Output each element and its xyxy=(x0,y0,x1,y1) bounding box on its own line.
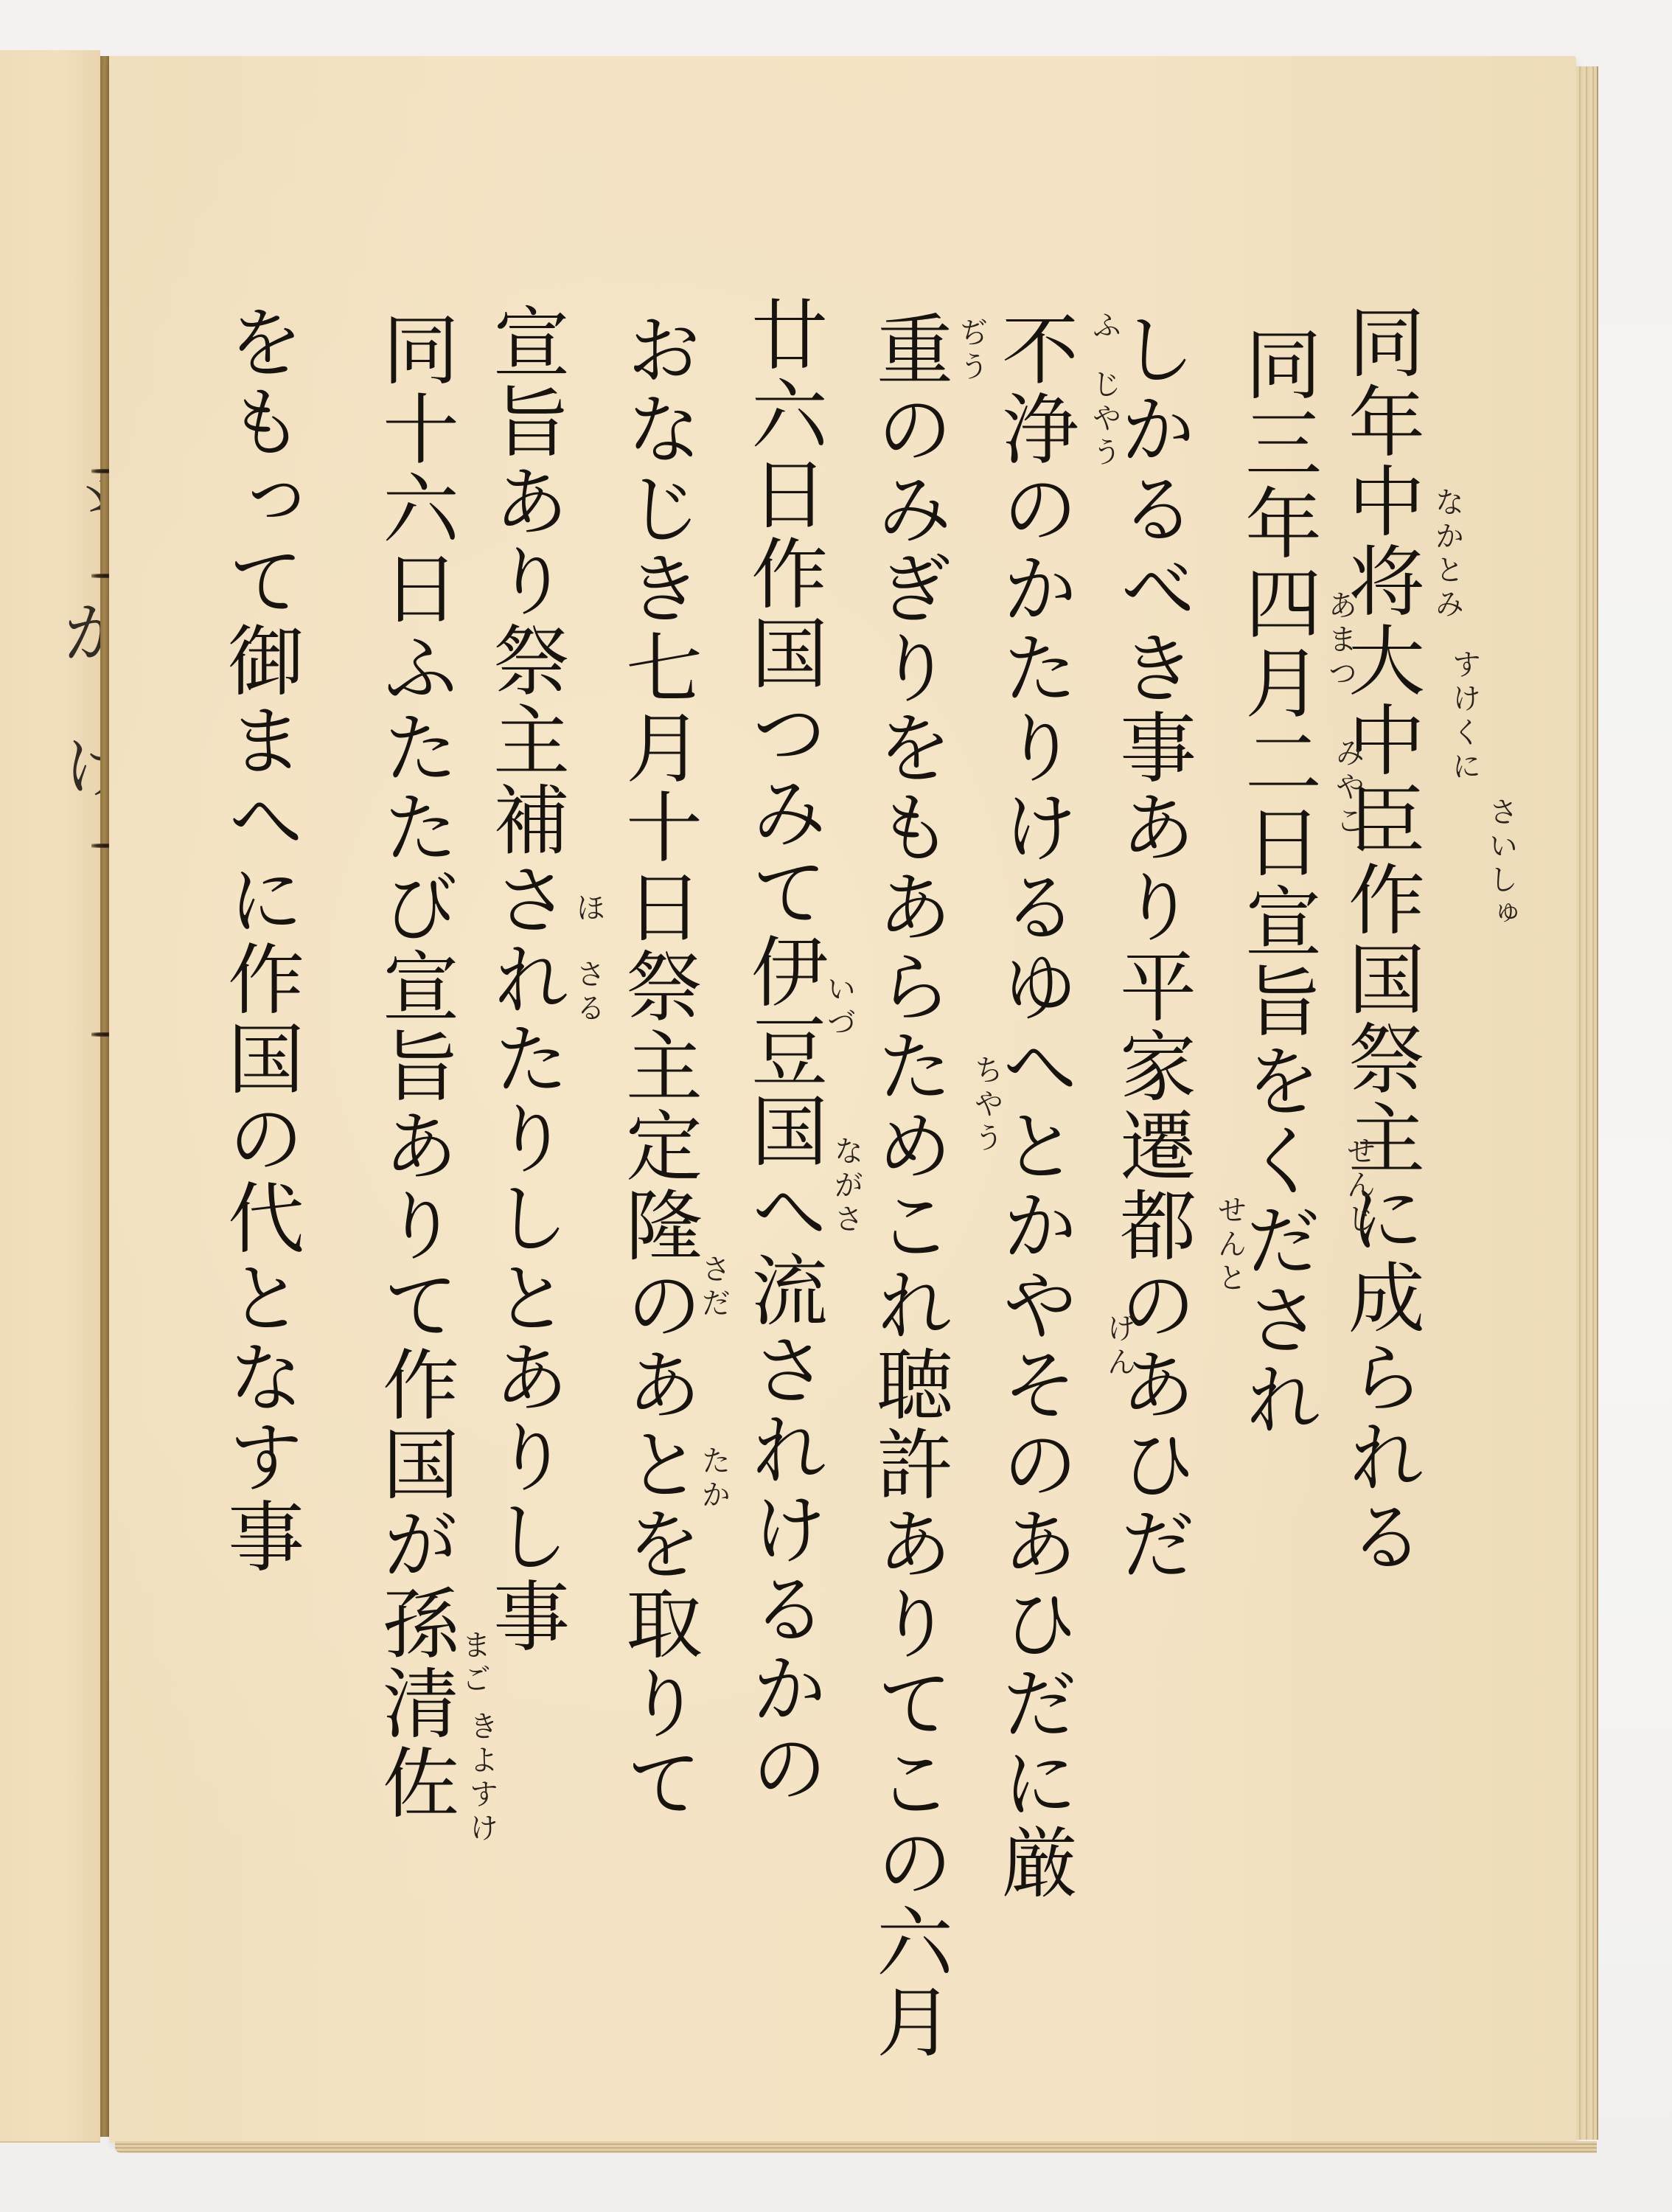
text-column-10: をもって御まへに作国の代となす事 xyxy=(221,302,298,1576)
ruby-annotation: さる xyxy=(568,959,610,1026)
ruby-annotation: じやう xyxy=(1084,369,1126,470)
ruby-annotation: きよすけ xyxy=(461,1711,503,1846)
ruby-annotation: せんと xyxy=(1209,1194,1251,1296)
ruby-annotation: まご xyxy=(453,1630,495,1697)
ruby-annotation: ふ xyxy=(1084,310,1126,344)
book-gutter xyxy=(100,56,109,2137)
ruby-annotation: ほ xyxy=(568,892,610,926)
page-edges-bottom xyxy=(115,2141,1597,2153)
left-page-text-fragment: ゞかけ xyxy=(41,463,100,866)
ruby-annotation: たか xyxy=(693,1445,735,1513)
ruby-annotation: いづ xyxy=(818,973,860,1041)
ruby-annotation: さだ xyxy=(693,1253,735,1321)
ruby-annotation: なかとみ xyxy=(1427,487,1469,622)
text-column-6: 廿六日作国つみて伊豆国へ流されけるかの xyxy=(745,295,821,1808)
ruby-annotation: みやこ xyxy=(1327,737,1369,839)
text-column-5: 重のみぎりをもあらためこれ聴許ありてこの六月 xyxy=(870,310,947,2062)
text-column-3: しかるべき事あり平家遷都のあひだ xyxy=(1113,310,1190,1584)
ruby-annotation: すけくに xyxy=(1443,649,1485,785)
text-column-8: 宣旨あり祭主補されたりしとありし事 xyxy=(487,302,563,1656)
ruby-annotation: ちやう xyxy=(966,1054,1008,1156)
ruby-annotation: ながさ xyxy=(826,1135,868,1237)
left-page: ゞかけ xyxy=(0,50,100,2143)
ruby-annotation: ぢう xyxy=(951,317,993,385)
ruby-annotation: あまつ xyxy=(1320,590,1362,692)
ruby-annotation: せんじ xyxy=(1338,1135,1380,1237)
page-edges-right xyxy=(1576,66,1598,2140)
text-column-7: おなじき七月十日祭主定隆のあとを取りて xyxy=(619,310,696,1823)
ruby-annotation: さいしゅ xyxy=(1480,796,1522,932)
text-column-9: 同十六日ふたたび宣旨ありて作国が孫清佐 xyxy=(376,310,453,1823)
text-column-1: 同年中将大中臣作国祭主に成られる xyxy=(1342,302,1418,1576)
ruby-annotation: げん xyxy=(1098,1312,1140,1380)
